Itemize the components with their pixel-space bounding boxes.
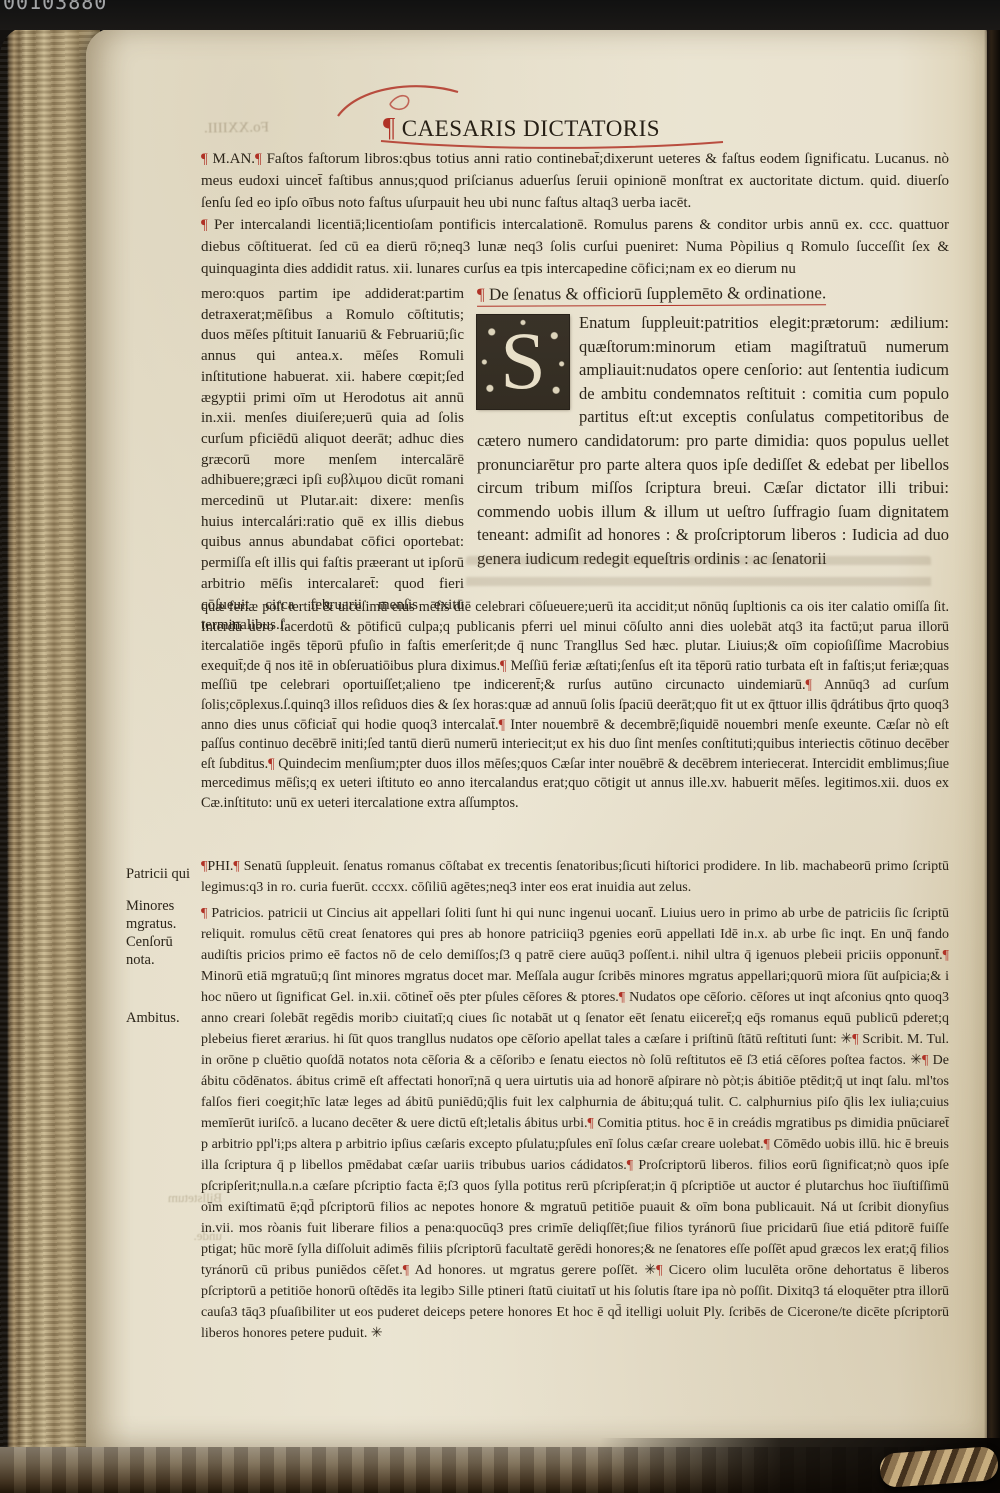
- margin-note-censoru: Cenſorū: [126, 934, 204, 951]
- marginalia-showthrough-1: Billstetum: [132, 1190, 222, 1206]
- chapter-body-text: SEnatum ſuppleuit:patritios elegit:præto…: [477, 311, 949, 571]
- commentary-text-block: quæ feriæ poſt tertiū & uiceſimū eius mē…: [201, 598, 949, 814]
- intro-text-block: ¶ M.AN.¶ Faſtos faſtorum libros:qbus tot…: [201, 148, 949, 280]
- book-page-stack-edge: [0, 26, 100, 1456]
- intro-paragraph-fasti: ¶ M.AN.¶ Faſtos faſtorum libros:qbus tot…: [201, 148, 949, 214]
- scanner-background-strip: 00103880: [0, 0, 1000, 30]
- margin-note-ambitus: Ambitus.: [126, 1010, 204, 1027]
- marginalia-showthrough-2: unde.: [132, 1228, 222, 1244]
- intro-paragraph-intercalation: ¶ Per intercalandi licentiā;licentioſam …: [201, 214, 949, 280]
- ink-showthrough-block: [466, 556, 931, 598]
- margin-note-patricii: Patricii qui: [126, 866, 204, 883]
- margin-note-magistratus: mgratus.: [126, 916, 204, 933]
- folio-number-showthrough: Fo.XXIIII.: [204, 119, 269, 137]
- gloss-paragraph: ¶ Patricios. patricii ut Cincius ait app…: [201, 903, 949, 1344]
- scan-id-label: 00103880: [3, 0, 107, 14]
- chapter-heading-text: ¶ De ſenatus & officiorū ſupplemēto & or…: [477, 283, 826, 307]
- book-page: Fo.XXIIII. ¶CAESARIS DICTATORIS ¶ M.AN.¶…: [86, 28, 987, 1452]
- scanned-book-photo: { "scanner": { "id_label": "00103880" },…: [0, 0, 1000, 1493]
- woodcut-initial-S: S: [477, 315, 569, 409]
- left-column-text: mero:quos partim ipe addiderat:partim de…: [201, 284, 464, 636]
- margin-note-minores: Minores: [126, 898, 204, 915]
- scan-right-shadow: [984, 26, 1000, 1456]
- margin-note-nota: nota.: [126, 952, 204, 969]
- chapter-heading: ¶ De ſenatus & officiorū ſupplemēto & or…: [477, 284, 949, 306]
- gloss-text-block: ¶PHI.¶ Senatū ſuppleuit. ſenatus romanus…: [201, 856, 949, 1344]
- phi-paragraph: ¶PHI.¶ Senatū ſuppleuit. ſenatus romanus…: [201, 856, 949, 898]
